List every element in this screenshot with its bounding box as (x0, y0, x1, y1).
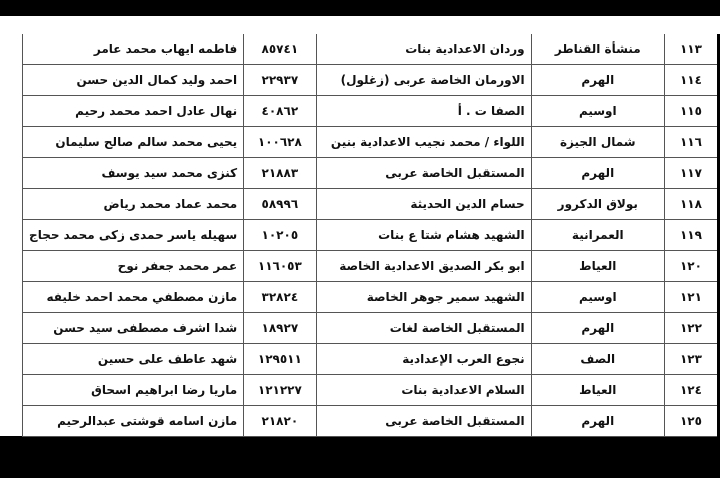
serial-cell: ١١٧ (664, 158, 718, 189)
table-row: ١٢٤العياطالسلام الاعدادية بنات١٢١٢٢٧ماري… (23, 375, 719, 406)
serial-cell: ١٢١ (664, 282, 718, 313)
table-row: ١١٥اوسيمالصفا ت . أ٤٠٨٦٢نهال عادل احمد م… (23, 96, 719, 127)
school-cell: المستقبل الخاصة عربى (316, 406, 531, 437)
name-cell: مازن مصطفي محمد احمد خليفه (23, 282, 244, 313)
table-row: ١٢١اوسيمالشهيد سمير جوهر الخاصة٣٢٨٢٤مازن… (23, 282, 719, 313)
district-cell: الصف (531, 344, 664, 375)
name-cell: شدا اشرف مصطفى سيد حسن (23, 313, 244, 344)
school-cell: السلام الاعدادية بنات (316, 375, 531, 406)
name-cell: شهد عاطف على حسين (23, 344, 244, 375)
serial-cell: ١٢٣ (664, 344, 718, 375)
code-cell: ٢٢٩٣٧ (244, 65, 316, 96)
code-cell: ١٢١٢٢٧ (244, 375, 316, 406)
name-cell: كنزى محمد سيد يوسف (23, 158, 244, 189)
district-cell: اوسيم (531, 282, 664, 313)
table-row: ١١٨بولاق الدكرورحسام الدين الحديثة٥٨٩٩٦م… (23, 189, 719, 220)
serial-cell: ١٢٠ (664, 251, 718, 282)
school-cell: حسام الدين الحديثة (316, 189, 531, 220)
district-cell: العمرانية (531, 220, 664, 251)
serial-cell: ١١٦ (664, 127, 718, 158)
school-cell: الشهيد هشام شتا ع بنات (316, 220, 531, 251)
school-cell: وردان الاعدادية بنات (316, 34, 531, 65)
table-row: ١٢٠العياطابو بكر الصديق الاعدادية الخاصة… (23, 251, 719, 282)
name-cell: فاطمه ايهاب محمد عامر (23, 34, 244, 65)
serial-cell: ١٢٤ (664, 375, 718, 406)
code-cell: ١٠٠٦٢٨ (244, 127, 316, 158)
serial-cell: ١١٩ (664, 220, 718, 251)
table-row: ١٢٣الصفنجوع العرب الإعدادية١٢٩٥١١شهد عاط… (23, 344, 719, 375)
code-cell: ١٨٩٢٧ (244, 313, 316, 344)
district-cell: الهرم (531, 406, 664, 437)
serial-cell: ١٢٥ (664, 406, 718, 437)
results-table: ١١٣منشأة القناطروردان الاعدادية بنات٨٥٧٤… (22, 34, 720, 437)
district-cell: شمال الجيزة (531, 127, 664, 158)
name-cell: يحيى محمد سالم صالح سليمان (23, 127, 244, 158)
table-row: ١٢٥الهرمالمستقبل الخاصة عربى٢١٨٢٠مازن اس… (23, 406, 719, 437)
school-cell: الصفا ت . أ (316, 96, 531, 127)
code-cell: ٢١٨٢٠ (244, 406, 316, 437)
school-cell: المستقبل الخاصة عربى (316, 158, 531, 189)
school-cell: الشهيد سمير جوهر الخاصة (316, 282, 531, 313)
school-cell: الاورمان الخاصة عربى (زغلول) (316, 65, 531, 96)
district-cell: الهرم (531, 65, 664, 96)
school-cell: المستقبل الخاصة لغات (316, 313, 531, 344)
code-cell: ٤٠٨٦٢ (244, 96, 316, 127)
name-cell: سهيله ياسر حمدى زكى محمد حجاج (23, 220, 244, 251)
name-cell: محمد عماد محمد رياض (23, 189, 244, 220)
document-page: ١١٣منشأة القناطروردان الاعدادية بنات٨٥٧٤… (0, 16, 720, 436)
code-cell: ٨٥٧٤١ (244, 34, 316, 65)
name-cell: احمد وليد كمال الدين حسن (23, 65, 244, 96)
serial-cell: ١١٥ (664, 96, 718, 127)
table-row: ١١٧الهرمالمستقبل الخاصة عربى٢١٨٨٣كنزى مح… (23, 158, 719, 189)
school-cell: نجوع العرب الإعدادية (316, 344, 531, 375)
table-row: ١١٩العمرانيةالشهيد هشام شتا ع بنات١٠٢٠٥س… (23, 220, 719, 251)
district-cell: بولاق الدكرور (531, 189, 664, 220)
name-cell: مازن اسامه قوشتى عبدالرحيم (23, 406, 244, 437)
code-cell: ١٠٢٠٥ (244, 220, 316, 251)
district-cell: اوسيم (531, 96, 664, 127)
code-cell: ١٢٩٥١١ (244, 344, 316, 375)
table-row: ١١٣منشأة القناطروردان الاعدادية بنات٨٥٧٤… (23, 34, 719, 65)
district-cell: العياط (531, 251, 664, 282)
code-cell: ١١٦٠٥٣ (244, 251, 316, 282)
name-cell: عمر محمد جعفر نوح (23, 251, 244, 282)
name-cell: ماريا رضا ابراهيم اسحاق (23, 375, 244, 406)
serial-cell: ١١٣ (664, 34, 718, 65)
district-cell: الهرم (531, 313, 664, 344)
district-cell: العياط (531, 375, 664, 406)
district-cell: منشأة القناطر (531, 34, 664, 65)
serial-cell: ١١٨ (664, 189, 718, 220)
code-cell: ٢١٨٨٣ (244, 158, 316, 189)
table-row: ١١٦شمال الجيزةاللواء / محمد نجيب الاعداد… (23, 127, 719, 158)
table-row: ١٢٢الهرمالمستقبل الخاصة لغات١٨٩٢٧شدا اشر… (23, 313, 719, 344)
serial-cell: ١١٤ (664, 65, 718, 96)
code-cell: ٣٢٨٢٤ (244, 282, 316, 313)
serial-cell: ١٢٢ (664, 313, 718, 344)
code-cell: ٥٨٩٩٦ (244, 189, 316, 220)
district-cell: الهرم (531, 158, 664, 189)
name-cell: نهال عادل احمد محمد رحيم (23, 96, 244, 127)
table-row: ١١٤الهرمالاورمان الخاصة عربى (زغلول)٢٢٩٣… (23, 65, 719, 96)
school-cell: ابو بكر الصديق الاعدادية الخاصة (316, 251, 531, 282)
school-cell: اللواء / محمد نجيب الاعدادية بنين (316, 127, 531, 158)
